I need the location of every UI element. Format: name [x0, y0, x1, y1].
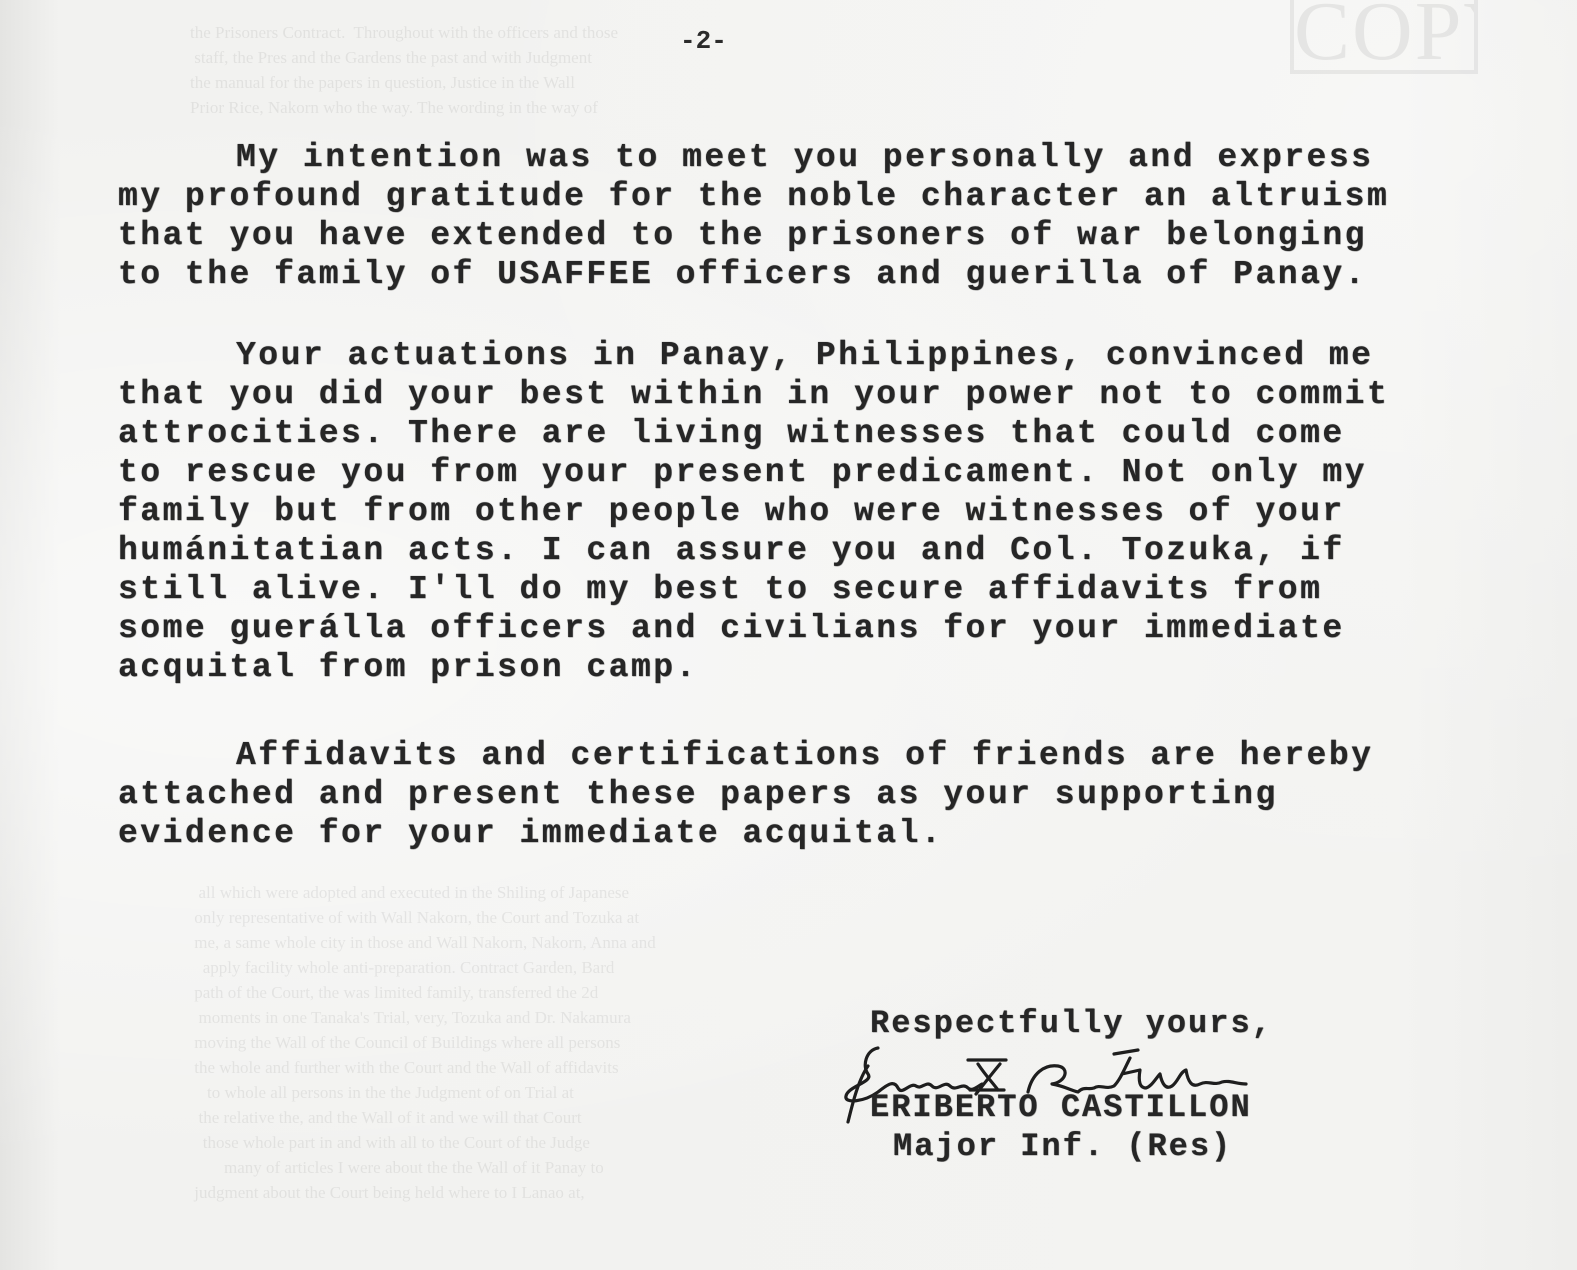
text-line: evidence for your immediate acquital. [118, 814, 1373, 853]
text-line: some guerálla officers and civilians for… [118, 609, 1389, 648]
text-line: to the family of USAFFEE officers and gu… [118, 255, 1389, 294]
page-number: -2- [680, 26, 727, 56]
paragraph-gratitude: My intention was to meet you personally … [118, 138, 1389, 294]
text-line: to rescue you from your present predicam… [118, 453, 1389, 492]
text-line: that you did your best within in your po… [118, 375, 1389, 414]
paragraph-actuations: Your actuations in Panay, Philippines, c… [118, 336, 1389, 687]
signer-name: ERIBERTO CASTILLON [870, 1088, 1252, 1127]
text-line: my profound gratitude for the noble char… [118, 177, 1389, 216]
text-line: attached and present these papers as you… [118, 775, 1373, 814]
signer-name-block: ERIBERTO CASTILLON [870, 1088, 1252, 1127]
copy-stamp: COPY [1290, 0, 1478, 74]
paragraph-affidavits: Affidavits and certifications of friends… [118, 736, 1373, 853]
text-line: still alive. I'll do my best to secure a… [118, 570, 1389, 609]
bleed-through-top: the Prisoners Contract. Throughout with … [190, 20, 1310, 120]
signer-rank: Major Inf. (Res) [893, 1127, 1232, 1166]
text-line: Affidavits and certifications of friends… [118, 736, 1373, 775]
closing-block: Respectfully yours, [870, 1004, 1300, 1044]
text-line: Your actuations in Panay, Philippines, c… [118, 336, 1389, 375]
text-line: humánitatian acts. I can assure you and … [118, 531, 1389, 570]
text-line: that you have extended to the prisoners … [118, 216, 1389, 255]
text-line: family but from other people who were wi… [118, 492, 1389, 531]
text-line: attrocities. There are living witnesses … [118, 414, 1389, 453]
text-line: acquital from prison camp. [118, 648, 1389, 687]
closing-phrase: Respectfully yours, [870, 1004, 1300, 1044]
signer-rank-block: Major Inf. (Res) [893, 1127, 1232, 1166]
text-line: My intention was to meet you personally … [118, 138, 1389, 177]
